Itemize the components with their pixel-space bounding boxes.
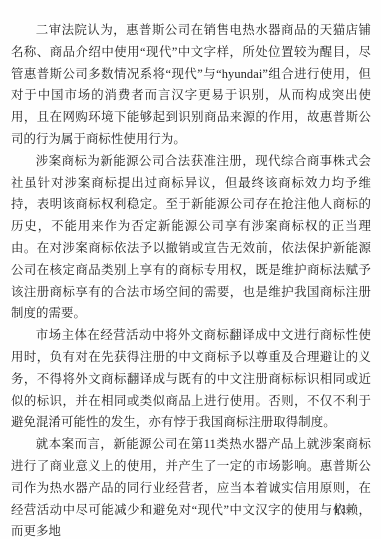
page-number: ·11· bbox=[327, 501, 355, 517]
body-paragraph-3: 市场主体在经营活动中将外文商标翻译成中文进行商标性使用时，负有对在先获得注册的中… bbox=[11, 325, 371, 434]
judgment-text-block: 二审法院认为，惠普斯公司在销售电热水器商品的天猫店铺名称、商品介绍中使用“现代”… bbox=[11, 20, 371, 539]
body-paragraph-1: 二审法院认为，惠普斯公司在销售电热水器商品的天猫店铺名称、商品介绍中使用“现代”… bbox=[11, 20, 371, 151]
body-paragraph-4: 就本案而言，新能源公司在第11类热水器产品上就涉案商标进行了商业意义上的使用，并… bbox=[11, 434, 371, 539]
body-paragraph-2: 涉案商标为新能源公司合法获准注册，现代综合商事株式会社虽针对涉案商标提出过商标异… bbox=[11, 151, 371, 325]
document-page: 二审法院认为，惠普斯公司在销售电热水器商品的天猫店铺名称、商品介绍中使用“现代”… bbox=[0, 0, 381, 539]
